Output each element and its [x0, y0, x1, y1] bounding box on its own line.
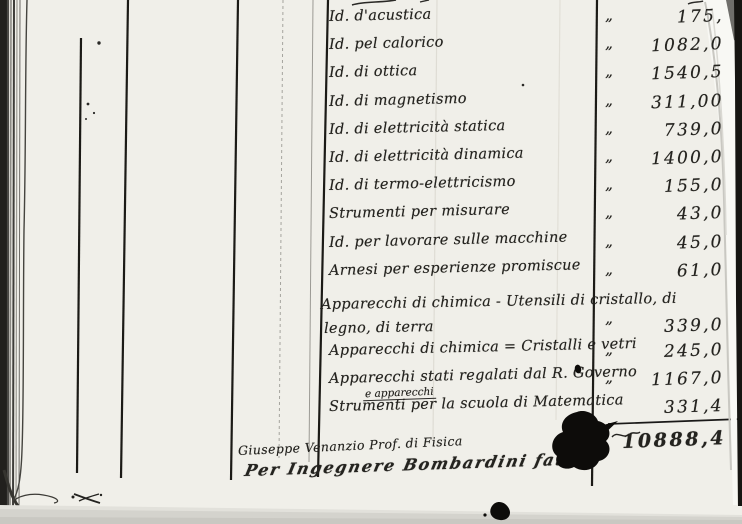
- ditto-mark: „: [600, 260, 618, 278]
- table-row: Apparecchi di chimica = Cristalli e vetr…: [0, 337, 742, 365]
- table-row: Id. pel calorico „ 1082,0: [0, 31, 742, 59]
- ditto-mark: „: [600, 231, 618, 249]
- table-row: e apparecchi Strumenti per la scuola di …: [0, 393, 742, 421]
- ditto-mark: „: [600, 368, 618, 386]
- ditto-mark: „: [600, 62, 618, 80]
- row-description: Id. d'acustica: [329, 7, 432, 25]
- ditto-mark: „: [600, 119, 618, 137]
- row-amount: 1167,0: [651, 368, 724, 390]
- row-description: Id. di magnetismo: [329, 91, 467, 110]
- row-amount: 43,0: [677, 203, 724, 224]
- ditto-mark: „: [600, 147, 618, 165]
- table-row: Id. d'acustica „ 175,: [0, 3, 742, 31]
- ditto-mark: „: [600, 90, 618, 108]
- row-description: Strumenti per misurare: [329, 202, 510, 222]
- ledger-rows: Id. d'acustica „ 175, Id. pel calorico „…: [0, 3, 742, 421]
- row-amount: 45,0: [677, 232, 724, 253]
- ledger-text-layer: Id. d'acustica „ 175, Id. pel calorico „…: [0, 0, 742, 524]
- row-description: Arnesi per esperienze promiscue: [329, 257, 581, 279]
- table-row: Id. di elettricità dinamica „ 1400,0: [0, 144, 742, 172]
- row-description: Id. di elettricità dinamica: [329, 146, 524, 166]
- table-row: Id. di termo-elettricismo „ 155,0: [0, 172, 742, 200]
- row-amount: 331,4: [664, 396, 724, 418]
- row-amount: 175,: [677, 6, 724, 27]
- ditto-mark: „: [600, 175, 618, 193]
- row-amount: 739,0: [664, 119, 724, 141]
- ditto-mark: „: [600, 6, 618, 24]
- row-amount: 1540,5: [651, 62, 724, 84]
- row-amount: 155,0: [664, 175, 724, 197]
- table-row: Id. di elettricità statica „ 739,0: [0, 116, 742, 144]
- row-description: Apparecchi di chimica - Utensili di cris…: [321, 291, 677, 313]
- table-row: Apparecchi di chimica - Utensili di cris…: [0, 285, 742, 337]
- table-row: Id. di ottica „ 1540,5: [0, 59, 742, 87]
- row-amount: 61,0: [677, 260, 724, 281]
- ditto-mark: „: [600, 340, 618, 358]
- row-description: Id. di elettricità statica: [329, 118, 506, 138]
- row-amount: 311,00: [651, 91, 724, 113]
- ditto-mark: „: [600, 309, 618, 327]
- ditto-mark: „: [600, 203, 618, 221]
- row-description: Id. per lavorare sulle macchine: [329, 229, 568, 250]
- table-row: Id. per lavorare sulle macchine „ 45,0: [0, 229, 742, 257]
- row-description: Apparecchi stati regalati dal R. Governo: [329, 364, 637, 387]
- table-row: Arnesi per esperienze promiscue „ 61,0: [0, 257, 742, 285]
- row-description: Apparecchi di chimica = Cristalli e vetr…: [329, 336, 637, 359]
- row-description-line2: legno, di terra: [324, 319, 434, 337]
- row-description: Id. pel calorico: [329, 35, 444, 54]
- row-amount: 245,0: [664, 340, 724, 362]
- table-row: Id. di magnetismo „ 311,00: [0, 88, 742, 116]
- ditto-mark: „: [600, 34, 618, 52]
- total-amount: 10888,4: [622, 427, 727, 453]
- table-row: Strumenti per misurare „ 43,0: [0, 200, 742, 228]
- row-amount: 339,0: [664, 315, 724, 337]
- row-description: Id. di termo-elettricismo: [329, 174, 516, 194]
- row-amount: 1082,0: [651, 34, 724, 56]
- row-amount: 1400,0: [651, 147, 724, 169]
- scanned-ledger-page: Id. d'acustica „ 175, Id. pel calorico „…: [0, 0, 742, 524]
- row-description: Id. di ottica: [329, 63, 418, 81]
